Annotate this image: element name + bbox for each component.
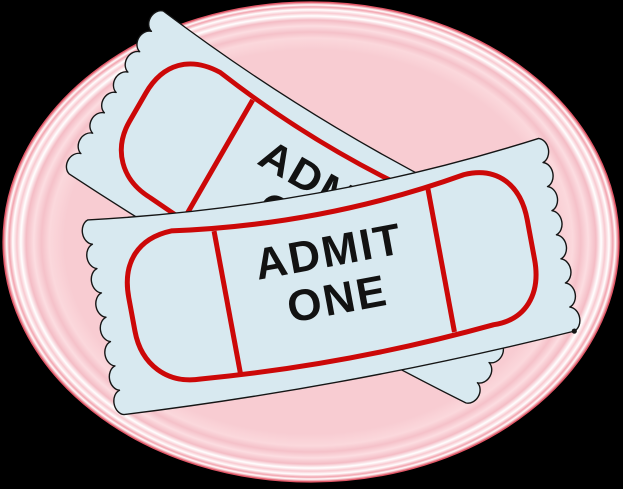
ticket-clipart-scene: ADMIT ONE ADMIT ONE (0, 0, 623, 489)
illustration-canvas: ADMIT ONE ADMIT ONE (0, 0, 623, 489)
